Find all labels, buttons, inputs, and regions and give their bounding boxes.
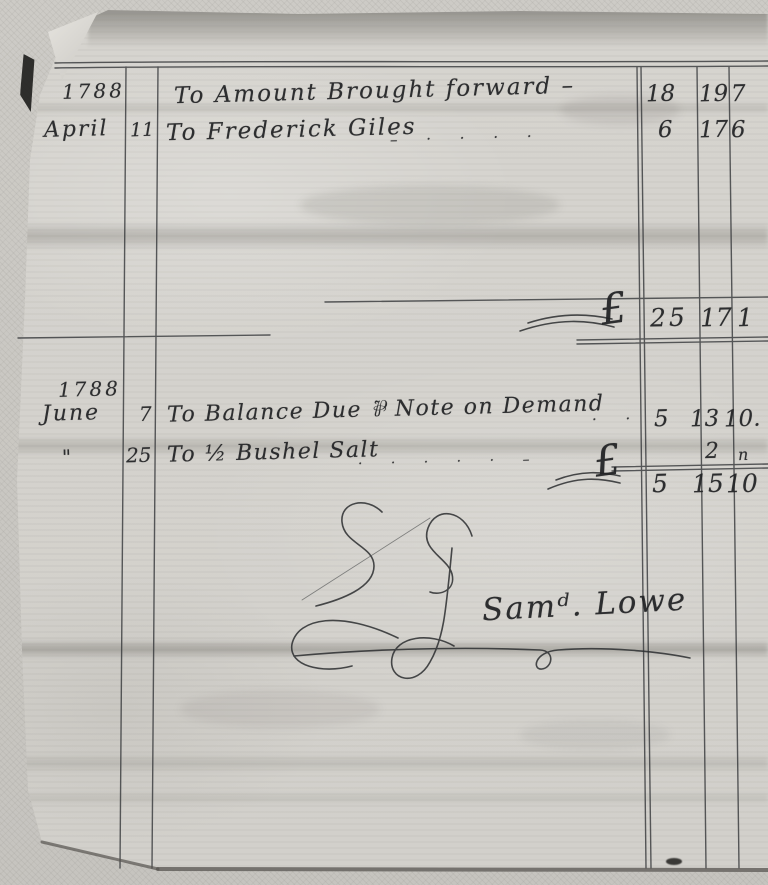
total1-shillings: 17 — [700, 305, 732, 331]
crease-band — [0, 640, 768, 658]
ink-showthrough — [180, 690, 380, 728]
total2-pounds: 5 — [652, 471, 669, 496]
total2-shillings: 15 — [692, 471, 724, 497]
crease-band — [0, 436, 768, 456]
row3-shillings: 13 — [690, 408, 720, 432]
row2-leader-dots: – · · · · — [390, 129, 536, 148]
crease-band — [0, 792, 768, 804]
row2-pounds: 6 — [658, 119, 673, 142]
row2-month: April — [44, 118, 109, 142]
total2-pence: 10 — [726, 471, 758, 497]
row1-shillings: 19 — [699, 83, 729, 107]
row1-pounds: 18 — [646, 83, 676, 107]
total1-pound-sign: £ — [597, 286, 629, 331]
row3-leader-dots: · · — [592, 411, 635, 427]
crease-band — [0, 754, 768, 772]
row4-shillings: 2 — [705, 441, 720, 463]
crease-band — [0, 222, 768, 250]
row1-pence: 7 — [731, 83, 746, 106]
row3-month: June — [42, 402, 101, 426]
row4-pence-nil: n — [738, 447, 749, 463]
ink-blot — [666, 858, 682, 865]
total1-pence: 1 — [737, 305, 754, 330]
section1-year: 1788 — [62, 80, 125, 102]
ledger-scan: 1788 To Amount Brought forward – 18 19 7… — [0, 0, 768, 885]
row2-pence: 6 — [731, 119, 746, 142]
top-edge-stain — [88, 8, 768, 48]
total2-pound-sign: £ — [591, 438, 623, 483]
row3-pounds: 5 — [654, 408, 669, 431]
row3-day: 7 — [139, 404, 152, 424]
corner-tear — [20, 54, 38, 112]
row3-pence: 10. — [724, 408, 761, 432]
section2-year: 1788 — [58, 378, 121, 400]
row4-day: 25 — [126, 445, 152, 466]
row4-description: To ½ Bushel Salt — [167, 439, 380, 467]
row4-month-ditto: " — [62, 447, 72, 467]
row2-shillings: 17 — [699, 119, 729, 143]
ink-showthrough — [300, 185, 560, 225]
row2-day: 11 — [130, 121, 155, 141]
total1-pounds: 25 — [650, 305, 688, 331]
ink-showthrough — [520, 720, 670, 750]
